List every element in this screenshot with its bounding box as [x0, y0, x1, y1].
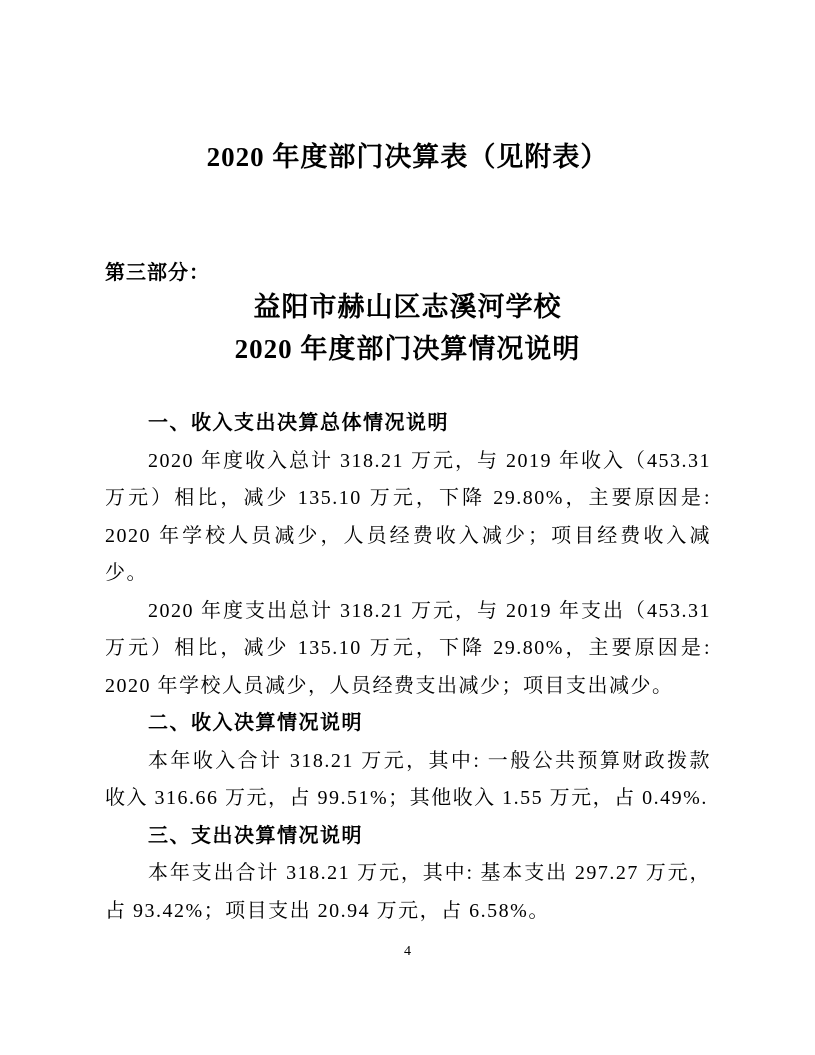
- section-3-heading: 三、支出决算情况说明: [105, 818, 711, 856]
- table-title: 2020 年度部门决算表（见附表）: [0, 0, 815, 174]
- section-1-heading: 一、收入支出决算总体情况说明: [105, 405, 711, 443]
- document-title-line2: 2020 年度部门决算情况说明: [0, 328, 815, 370]
- part-label: 第三部分：: [105, 260, 710, 286]
- document-page: 2020 年度部门决算表（见附表） 第三部分： 益阳市赫山区志溪河学校 2020…: [0, 0, 815, 1055]
- document-title-line1: 益阳市赫山区志溪河学校: [0, 286, 815, 328]
- section-1-paragraph-2: 2020 年度支出总计 318.21 万元，与 2019 年支出（453.31 …: [105, 593, 711, 706]
- section-2-paragraph-1: 本年收入合计 318.21 万元，其中: 一般公共预算财政拨款收入 316.66…: [105, 743, 711, 818]
- section-2-heading: 二、收入决算情况说明: [105, 705, 711, 743]
- section-3-paragraph-1: 本年支出合计 318.21 万元，其中: 基本支出 297.27 万元，占 93…: [105, 855, 711, 930]
- section-1-paragraph-1: 2020 年度收入总计 318.21 万元，与 2019 年收入（453.31 …: [105, 443, 711, 593]
- document-body: 一、收入支出决算总体情况说明 2020 年度收入总计 318.21 万元，与 2…: [105, 405, 711, 930]
- page-number: 4: [0, 942, 815, 962]
